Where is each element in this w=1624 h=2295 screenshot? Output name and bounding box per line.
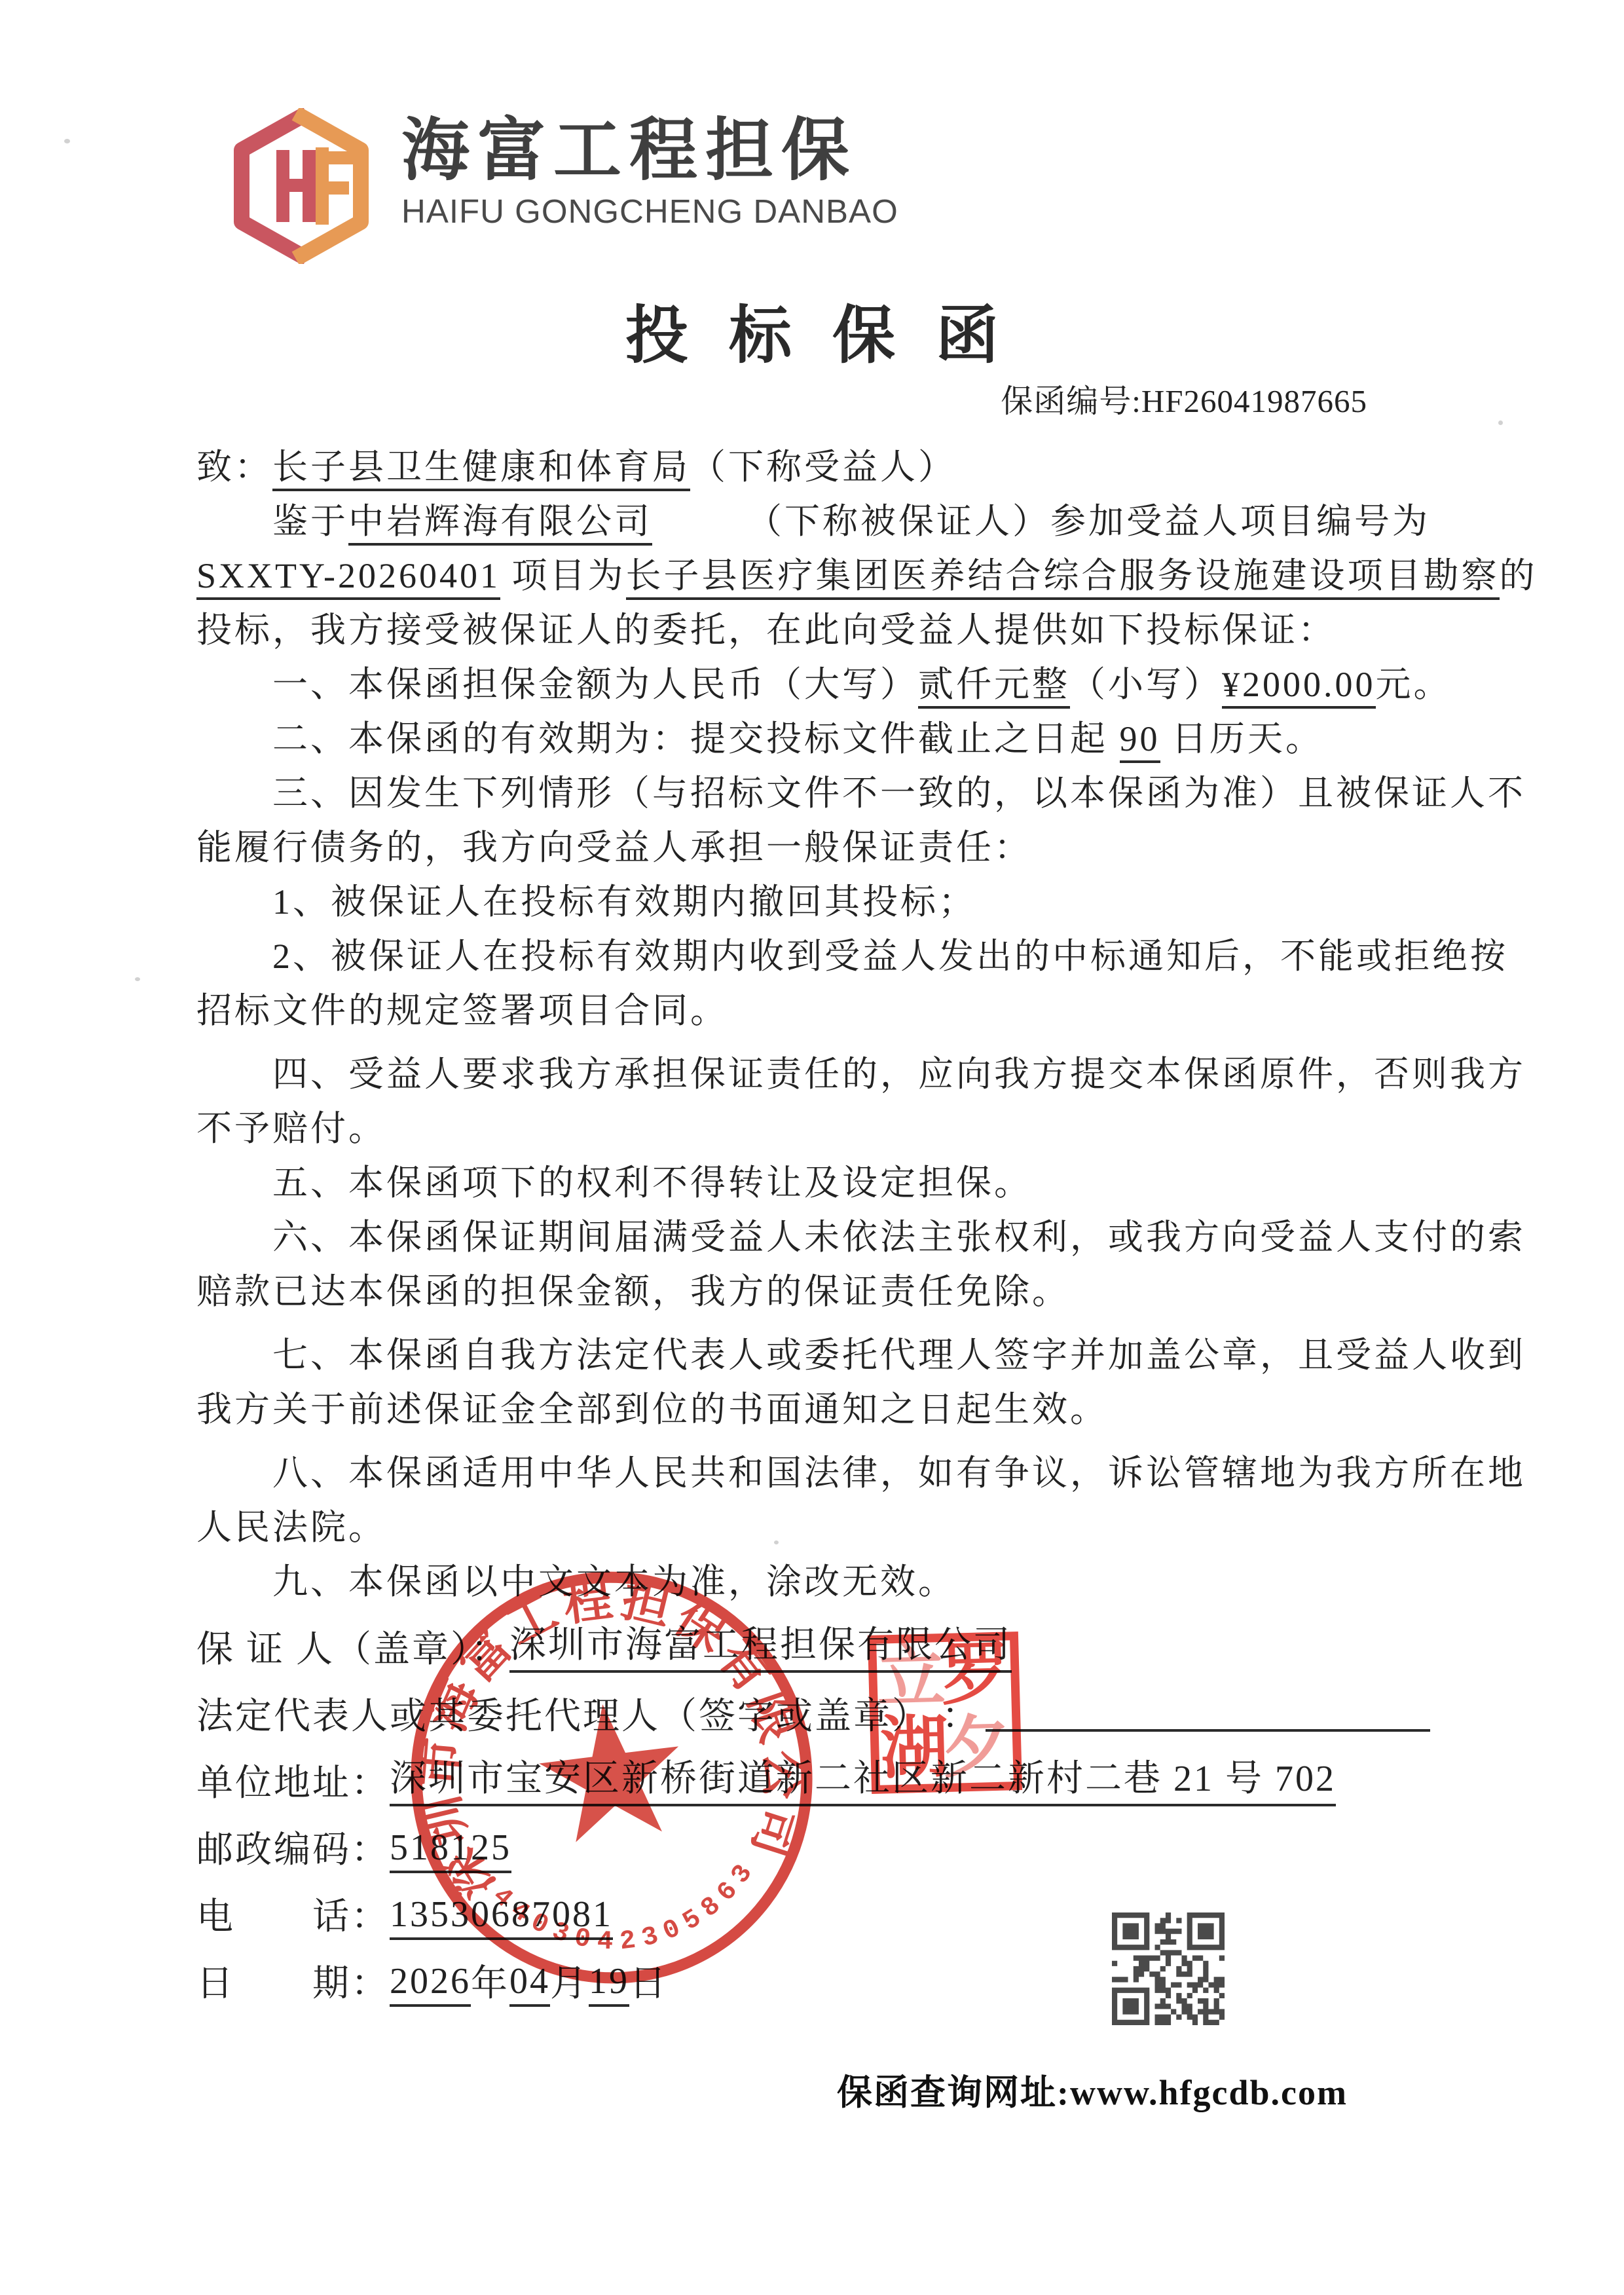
body-line: 赔款已达本保函的担保金额，我方的保证责任免除。: [196, 1265, 1430, 1319]
scan-speck: [774, 1540, 779, 1544]
haifu-logo-icon: [219, 108, 383, 264]
body-line: 六、本保函保证期间届满受益人未依法主张权利，或我方向受益人支付的索: [196, 1210, 1430, 1265]
body-line: 人民法院。: [196, 1501, 1430, 1555]
brand-block: 海富工程担保 HAIFU GONGCHENG DANBAO: [401, 108, 898, 231]
brand-name-en: HAIFU GONGCHENG DANBAO: [401, 192, 898, 231]
body-line: 八、本保函适用中华人民共和国法律，如有争议，诉讼管辖地为我方所在地: [196, 1446, 1430, 1501]
body-line: 2、被保证人在投标有效期内收到受益人发出的中标通知后，不能或拒绝按: [196, 929, 1430, 984]
letterhead: 海富工程担保 HAIFU GONGCHENG DANBAO: [219, 108, 898, 264]
scan-speck: [64, 139, 70, 143]
body-line: 七、本保函自我方法定代表人或委托代理人签字并加盖公章，且受益人收到: [196, 1328, 1430, 1383]
stamp-char: 夕: [941, 1713, 1011, 1783]
body-line: SXXTY-20260401 项目为长子县医疗集团医养结合综合服务设施建设项目勘…: [196, 549, 1430, 603]
zip-label: 邮政编码：: [196, 1821, 390, 1873]
body-line: 投标，我方接受被保证人的委托，在此向受益人提供如下投标保证：: [196, 603, 1430, 658]
body-line: 鉴于中岩辉海有限公司（下称被保证人）参加受益人项目编号为: [196, 494, 1430, 549]
signature-line: [986, 1729, 1430, 1732]
stamp-char: 湖: [879, 1714, 950, 1784]
stamp-char: 罗: [940, 1640, 1010, 1710]
body-line: 三、因发生下列情形（与招标文件不一致的，以本保函为准）且被保证人不: [196, 766, 1430, 821]
company-seal: 深圳市海富工程担保有限公司 4403042305863: [377, 1542, 847, 2013]
qr-code: [1112, 1912, 1225, 2025]
brand-name-cn: 海富工程担保: [401, 113, 898, 188]
body-line: 能履行债务的，我方向受益人承担一般保证责任：: [196, 821, 1430, 875]
body-line: 五、本保函项下的权利不得转让及设定担保。: [196, 1156, 1430, 1210]
guarantee-ref-number: 保函编号:HF26041987665: [1001, 376, 1367, 422]
body-line: 我方关于前述保证金全部到位的书面通知之日起生效。: [196, 1383, 1430, 1437]
body-line: 四、受益人要求我方承担保证责任的，应向我方提交本保函原件，否则我方: [196, 1047, 1430, 1102]
document-page: 海富工程担保 HAIFU GONGCHENG DANBAO 投标保函 保函编号:…: [0, 0, 1624, 2295]
document-body: 致：长子县卫生健康和体育局（下称受益人） 鉴于中岩辉海有限公司（下称被保证人）参…: [196, 440, 1430, 1609]
body-line: 一、本保函担保金额为人民币（大写）贰仟元整（小写）¥2000.00元。: [196, 658, 1430, 712]
document-title: 投标保函: [0, 286, 1624, 375]
stamp-char: 立: [876, 1643, 946, 1713]
seal-star-icon: [533, 1696, 689, 1845]
district-stamp: 立 罗 湖 夕: [868, 1632, 1022, 1794]
body-line: 招标文件的规定签署项目合同。: [196, 984, 1430, 1038]
scan-speck: [135, 977, 140, 981]
scan-speck: [1498, 420, 1503, 425]
address-label: 单位地址：: [196, 1754, 390, 1806]
phone-label: 电 话：: [196, 1888, 390, 1940]
body-line: 1、被保证人在投标有效期内撤回其投标；: [196, 875, 1430, 929]
body-line: 致：长子县卫生健康和体育局（下称受益人）: [196, 440, 1430, 494]
body-line: 二、本保函的有效期为：提交投标文件截止之日起 90 日历天。: [196, 712, 1430, 766]
body-line: 不予赔付。: [196, 1102, 1430, 1156]
date-label: 日 期：: [196, 1954, 390, 2007]
query-site-text: 保函查询网址:www.hfgcdb.com: [837, 2064, 1348, 2115]
